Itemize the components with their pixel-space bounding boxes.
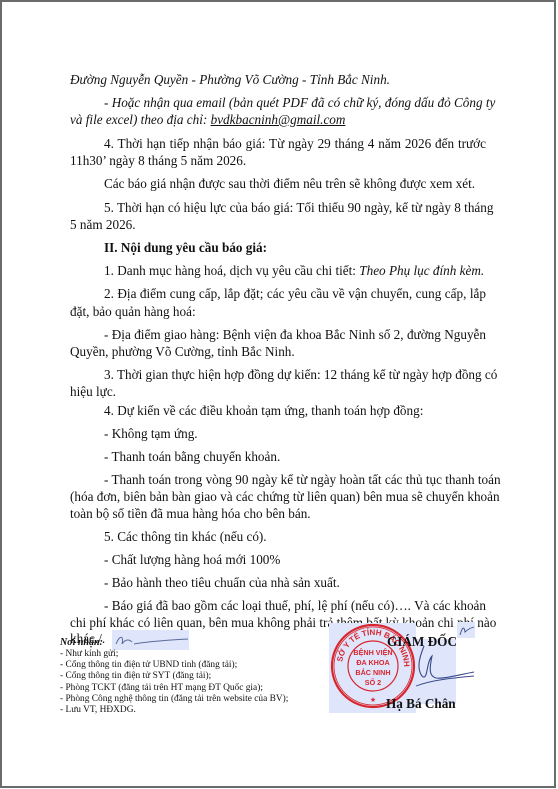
recipients-title-text: Nơi nhận: xyxy=(60,637,103,648)
s2-item1-text: 1. Danh mục hàng hoá, dịch vụ yêu cầu ch… xyxy=(104,263,359,278)
payment-line-2: (hóa đơn, biên bản bàn giao và các chứng… xyxy=(70,489,486,505)
late-note: Các báo giá nhận được sau thời điểm nêu … xyxy=(104,176,486,192)
item4-line-2: 11h30’ ngày 8 tháng 5 năm 2026. xyxy=(70,153,486,169)
s2-item1-italic: Theo Phụ lục đính kèm. xyxy=(359,263,484,278)
recipients-title: Nơi nhận: xyxy=(60,637,103,650)
recipient-item: - Cổng thông tin điện tử UBND tỉnh (đăng… xyxy=(60,660,237,672)
recipient-item: - Như kính gửi; xyxy=(60,649,118,661)
section-2-heading: II. Nội dung yêu cầu báo giá: xyxy=(104,240,486,256)
section-2-item-4: 4. Dự kiến về các điều khoản tạm ứng, th… xyxy=(104,403,486,419)
recipient-item: - Cổng thông tin điện tử SYT (đăng tải); xyxy=(60,671,211,683)
address-line: Đường Nguyễn Quyền - Phường Võ Cường - T… xyxy=(70,72,486,88)
document-page: Đường Nguyễn Quyền - Phường Võ Cường - T… xyxy=(0,0,556,788)
signature-flourish-icon xyxy=(457,622,475,638)
email-prefix: và file excel) theo địa chỉ: xyxy=(70,112,211,127)
quality-note: - Chất lượng hàng hoá mới 100% xyxy=(104,552,486,568)
recipient-item: - Phòng TCKT (đăng tải trên HT mạng ĐT Q… xyxy=(60,683,263,695)
delivery-line-1: - Địa điểm giao hàng: Bệnh viện đa khoa … xyxy=(104,327,486,343)
item4-line-1: 4. Thời hạn tiếp nhận báo giá: Từ ngày 2… xyxy=(104,136,486,152)
section-2-item-3-line-2: hiệu lực. xyxy=(70,384,486,400)
email-link[interactable]: bvdkbacninh@gmail.com xyxy=(211,112,346,127)
svg-text:★: ★ xyxy=(370,696,376,704)
warranty-note: - Bảo hành theo tiêu chuẩn của nhà sản x… xyxy=(104,575,486,591)
section-2-item-3-line-1: 3. Thời gian thực hiện hợp đồng dự kiến:… xyxy=(104,367,486,383)
recipient-item: - Lưu VT, HĐXDG. xyxy=(60,705,136,717)
initials-signature-icon xyxy=(112,632,192,650)
section-2-item-2-line-1: 2. Địa điểm cung cấp, lắp đặt; các yêu c… xyxy=(104,286,486,302)
email-instruction-line-2: và file excel) theo địa chỉ: bvdkbacninh… xyxy=(70,112,486,128)
item5-line-2: 5 năm 2026. xyxy=(70,217,486,233)
svg-text:BẮC NINH: BẮC NINH xyxy=(355,668,390,677)
delivery-line-2: Quyền, phường Võ Cường, tỉnh Bắc Ninh. xyxy=(70,344,486,360)
tax-line-1: - Báo giá đã bao gồm các loại thuế, phí,… xyxy=(104,598,486,614)
recipient-item: - Phòng Công nghệ thông tin (đăng tải tr… xyxy=(60,694,288,706)
signer-name: Hạ Bá Chân xyxy=(386,696,456,712)
email-instruction-line-1: - Hoặc nhận qua email (bản quét PDF đã c… xyxy=(104,95,486,111)
transfer-payment: - Thanh toán bằng chuyển khoản. xyxy=(104,449,486,465)
svg-text:ĐA KHOA: ĐA KHOA xyxy=(356,658,389,667)
tax-line-2: chi phí khác có liên quan, bên mua không… xyxy=(70,615,486,631)
no-advance: - Không tạm ứng. xyxy=(104,426,486,442)
director-signature-icon xyxy=(402,642,477,697)
payment-line-1: - Thanh toán trong vòng 90 ngày kể từ ng… xyxy=(104,472,486,488)
item5-line-1: 5. Thời hạn có hiệu lực của báo giá: Tối… xyxy=(104,200,486,216)
section-2-item-1: 1. Danh mục hàng hoá, dịch vụ yêu cầu ch… xyxy=(104,263,486,279)
payment-line-3: toàn bộ số tiền đã mua hàng hóa cho bên … xyxy=(70,506,486,522)
svg-text:SỐ 2: SỐ 2 xyxy=(365,677,381,687)
section-2-item-5: 5. Các thông tin khác (nếu có). xyxy=(104,529,486,545)
section-2-item-2-line-2: đặt, bảo quản hàng hoá: xyxy=(70,304,486,320)
